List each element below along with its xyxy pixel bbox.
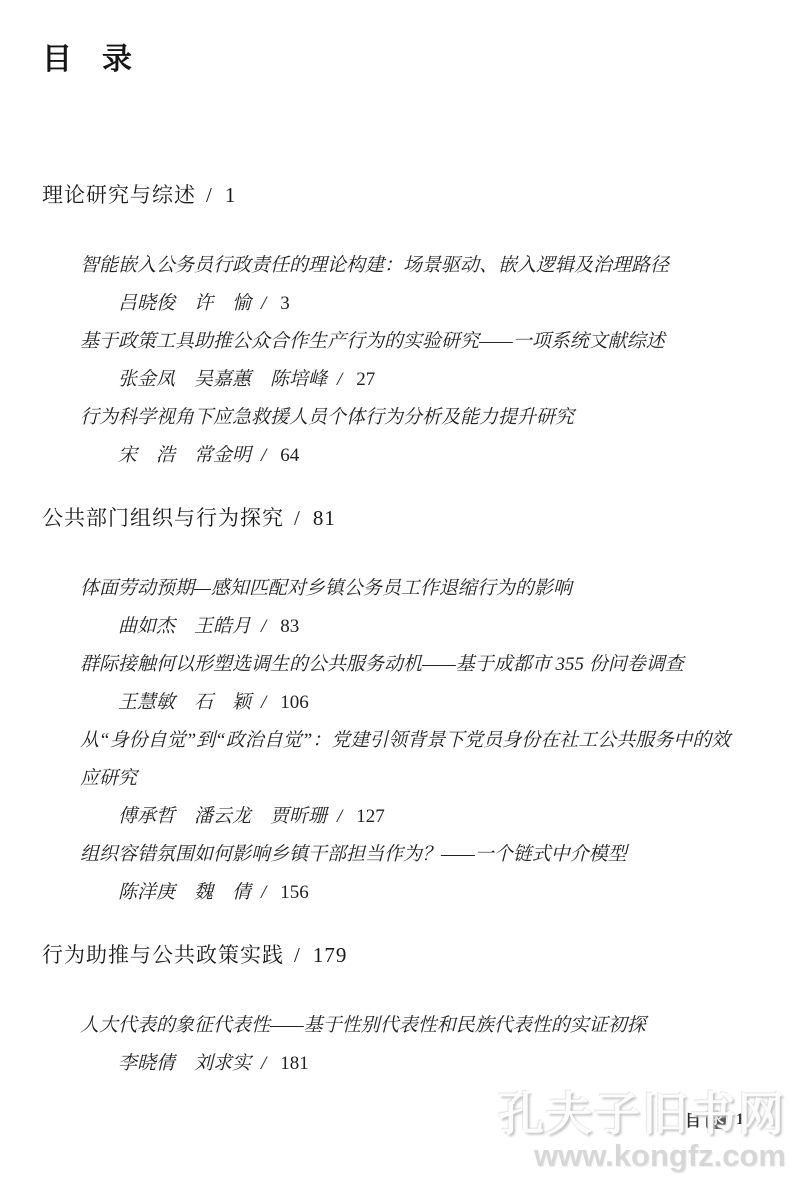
article-authors: 李晓倩 刘求实 [118, 1053, 251, 1074]
section-page-number: 1 [225, 183, 237, 207]
article-authors-line: 陈洋庚 魏 倩/156 [118, 874, 745, 912]
article-page-number: 127 [356, 806, 385, 827]
article-authors: 宋 浩 常金明 [118, 445, 251, 466]
separator: / [294, 506, 301, 530]
toc-sections: 理论研究与综述/1智能嵌入公务员行政责任的理论构建：场景驱动、嵌入逻辑及治理路径… [42, 180, 745, 1083]
section-heading: 理论研究与综述/1 [42, 180, 745, 210]
toc-section: 理论研究与综述/1智能嵌入公务员行政责任的理论构建：场景驱动、嵌入逻辑及治理路径… [42, 180, 745, 475]
section-page-number: 81 [313, 506, 336, 530]
article-title: 人大代表的象征代表性——基于性别代表性和民族代表性的实证初探 [80, 1007, 745, 1045]
page-title: 目 录 [42, 42, 745, 78]
article-authors: 傅承哲 潘云龙 贾昕珊 [118, 806, 327, 827]
separator: / [294, 943, 301, 967]
watermark: 孔夫子旧书网 www.kongfz.com [498, 1092, 786, 1171]
article-page-number: 64 [280, 445, 299, 466]
toc-section: 行为助推与公共政策实践/179人大代表的象征代表性——基于性别代表性和民族代表性… [42, 940, 745, 1083]
separator: / [261, 293, 266, 314]
footer-page-number: 1 [736, 1111, 744, 1129]
article-authors: 曲如杰 王皓月 [118, 616, 251, 637]
separator: / [261, 1053, 266, 1074]
article-list: 人大代表的象征代表性——基于性别代表性和民族代表性的实证初探李晓倩 刘求实/18… [42, 1007, 745, 1083]
article-page-number: 27 [356, 369, 375, 390]
toc-article: 组织容错氛围如何影响乡镇干部担当作为？——一个链式中介模型陈洋庚 魏 倩/156 [42, 836, 745, 912]
footer-section-label-part2: 录 [706, 1110, 726, 1129]
toc-article: 智能嵌入公务员行政责任的理论构建：场景驱动、嵌入逻辑及治理路径吕晓俊 许 愉/3 [42, 247, 745, 323]
article-list: 体面劳动预期—感知匹配对乡镇公务员工作退缩行为的影响曲如杰 王皓月/83群际接触… [42, 570, 745, 912]
article-title: 组织容错氛围如何影响乡镇干部担当作为？——一个链式中介模型 [80, 836, 745, 874]
separator: / [261, 882, 266, 903]
watermark-site-url: www.kongfz.com [498, 1140, 786, 1171]
toc-article: 从“身份自觉”到“政治自觉”：党建引领背景下党员身份在社工公共服务中的效应研究傅… [42, 722, 745, 836]
article-page-number: 106 [280, 692, 309, 713]
article-authors-line: 李晓倩 刘求实/181 [118, 1045, 745, 1083]
article-page-number: 83 [280, 616, 299, 637]
article-list: 智能嵌入公务员行政责任的理论构建：场景驱动、嵌入逻辑及治理路径吕晓俊 许 愉/3… [42, 247, 745, 475]
toc-article: 体面劳动预期—感知匹配对乡镇公务员工作退缩行为的影响曲如杰 王皓月/83 [42, 570, 745, 646]
toc-page: 目 录 理论研究与综述/1智能嵌入公务员行政责任的理论构建：场景驱动、嵌入逻辑及… [0, 0, 790, 1179]
article-authors: 吕晓俊 许 愉 [118, 293, 251, 314]
toc-article: 基于政策工具助推公众合作生产行为的实验研究——一项系统文献综述张金凤 吴嘉蕙 陈… [42, 323, 745, 399]
article-authors-line: 王慧敏 石 颖/106 [118, 684, 745, 722]
article-authors: 王慧敏 石 颖 [118, 692, 251, 713]
article-title: 智能嵌入公务员行政责任的理论构建：场景驱动、嵌入逻辑及治理路径 [80, 247, 745, 285]
article-title: 基于政策工具助推公众合作生产行为的实验研究——一项系统文献综述 [80, 323, 745, 361]
article-page-number: 156 [280, 882, 309, 903]
toc-section: 公共部门组织与行为探究/81体面劳动预期—感知匹配对乡镇公务员工作退缩行为的影响… [42, 503, 745, 912]
section-heading-text: 公共部门组织与行为探究 [42, 506, 284, 530]
article-title: 行为科学视角下应急救援人员个体行为分析及能力提升研究 [80, 399, 745, 437]
article-authors: 张金凤 吴嘉蕙 陈培峰 [118, 369, 327, 390]
article-authors-line: 张金凤 吴嘉蕙 陈培峰/27 [118, 361, 745, 399]
article-authors-line: 宋 浩 常金明/64 [118, 437, 745, 475]
separator: / [261, 616, 266, 637]
section-heading: 公共部门组织与行为探究/81 [42, 503, 745, 533]
section-heading-text: 理论研究与综述 [42, 183, 196, 207]
separator: / [261, 692, 266, 713]
separator: / [261, 445, 266, 466]
separator: / [206, 183, 213, 207]
article-authors-line: 傅承哲 潘云龙 贾昕珊/127 [118, 798, 745, 836]
section-heading: 行为助推与公共政策实践/179 [42, 940, 745, 970]
toc-article: 行为科学视角下应急救援人员个体行为分析及能力提升研究宋 浩 常金明/64 [42, 399, 745, 475]
footer-section-label-part1: 目 [685, 1108, 703, 1131]
separator: / [337, 806, 342, 827]
toc-article: 群际接触何以形塑选调生的公共服务动机——基于成都市 355 份问卷调查王慧敏 石… [42, 646, 745, 722]
article-title: 体面劳动预期—感知匹配对乡镇公务员工作退缩行为的影响 [80, 570, 745, 608]
article-page-number: 3 [280, 293, 290, 314]
article-title: 群际接触何以形塑选调生的公共服务动机——基于成都市 355 份问卷调查 [80, 646, 745, 684]
section-heading-text: 行为助推与公共政策实践 [42, 943, 284, 967]
section-page-number: 179 [313, 943, 348, 967]
article-page-number: 181 [280, 1053, 309, 1074]
toc-article: 人大代表的象征代表性——基于性别代表性和民族代表性的实证初探李晓倩 刘求实/18… [42, 1007, 745, 1083]
article-title: 从“身份自觉”到“政治自觉”：党建引领背景下党员身份在社工公共服务中的效应研究 [80, 722, 745, 798]
separator: / [337, 369, 342, 390]
article-authors-line: 吕晓俊 许 愉/3 [118, 285, 745, 323]
article-authors: 陈洋庚 魏 倩 [118, 882, 251, 903]
page-footer: 目 录 1 [685, 1108, 744, 1131]
article-authors-line: 曲如杰 王皓月/83 [118, 608, 745, 646]
